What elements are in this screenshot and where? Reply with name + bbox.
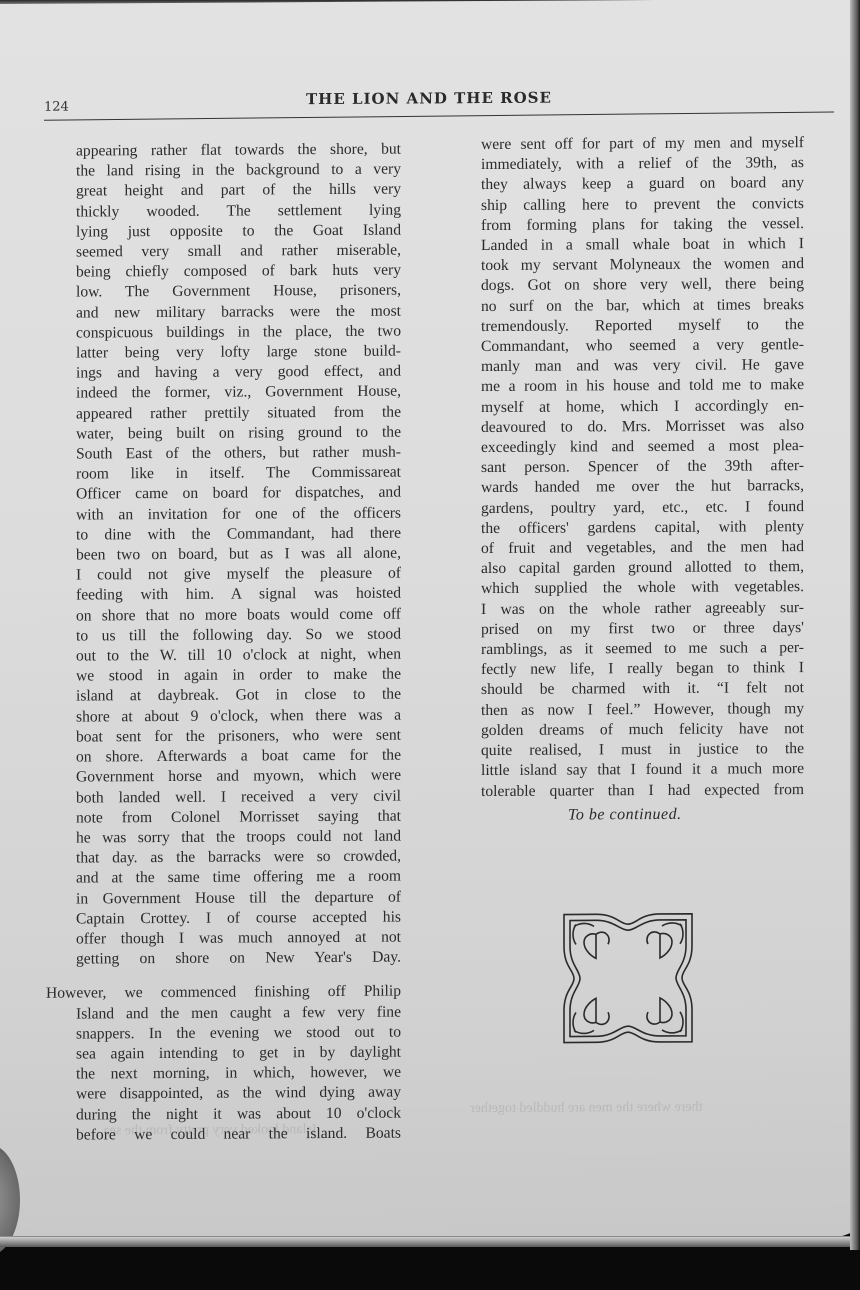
left-column-line: getting on shore on New Year's Day. xyxy=(76,948,401,970)
left-column-line: on shore. Afterwards a boat came for the xyxy=(76,746,401,768)
left-column-line: both landed well. I received a very civi… xyxy=(76,786,401,808)
right-column-line: I was on the whole rather agreeably sur- xyxy=(481,598,804,620)
book-page-edges xyxy=(0,1236,860,1247)
right-column-line: tremendously. Reported myself to the xyxy=(481,315,804,337)
right-column-line: deavoured to do. Mrs. Morrisset was also xyxy=(481,416,804,438)
left-column-line: indeed the former, viz., Government Hous… xyxy=(76,382,401,404)
left-column-line: Officer came on board for dispatches, an… xyxy=(76,483,401,505)
celtic-knot-square-ornament-icon xyxy=(560,910,696,1047)
left-column-line: and new military barracks were the most xyxy=(76,301,401,323)
left-column-p2-line: Island and the men caught a few very fin… xyxy=(76,1002,401,1024)
right-column-line: the officers' gardens capital, with plen… xyxy=(481,517,804,539)
left-column-line: the land rising in the background to a v… xyxy=(76,160,401,182)
right-column-line: prised on my first two or three days' xyxy=(481,618,804,640)
left-column-line: with an invitation for one of the office… xyxy=(76,503,401,525)
right-column-line: sant person. Spencer of the 39th after- xyxy=(481,456,804,478)
left-column-p2-line: the next morning, in which, however, we xyxy=(76,1063,401,1085)
left-column-line: feeding with him. A signal was hoisted xyxy=(76,584,401,606)
right-column-line: also capital garden ground allotted to t… xyxy=(481,557,804,579)
left-column-line: being chiefly composed of bark huts very xyxy=(76,261,401,283)
right-text-column: were sent off for part of my men and mys… xyxy=(481,133,804,802)
right-column-line: wards handed me over the hut barracks, xyxy=(481,477,804,499)
left-column-line: boat sent for the prisoners, who were se… xyxy=(76,725,401,747)
left-column-line: Government horse and myown, which were xyxy=(76,766,401,788)
left-column-line: seemed very small and rather miserable, xyxy=(76,241,401,263)
left-column-line: note from Colonel Morrisset saying that xyxy=(76,806,401,828)
right-column-line: of fruit and vegetables, and the men had xyxy=(481,537,804,559)
book-page: 124 THE LION AND THE ROSE appearing rath… xyxy=(0,0,856,1244)
book-spine-shadow xyxy=(850,0,860,1250)
left-column-line: South East of the others, but rather mus… xyxy=(76,443,401,465)
right-column-line: gardens, poultry yard, etc., etc. I foun… xyxy=(481,497,804,519)
left-column-line: water, being built on rising ground to t… xyxy=(76,422,401,444)
left-text-column: appearing rather flat towards the shore,… xyxy=(76,140,401,1146)
left-column-line: island at daybreak. Got in close to the xyxy=(76,685,401,707)
left-column-line: Captain Crottey. I of course accepted hi… xyxy=(76,907,401,929)
left-column-p2-line: sea again intending to get in by dayligh… xyxy=(76,1042,401,1064)
right-column-line: fectly new life, I really began to think… xyxy=(481,658,804,680)
left-column-line: offer though I was much annoyed at not xyxy=(76,927,401,949)
left-column-p2-line: were disappointed, as the wind dying awa… xyxy=(76,1083,401,1105)
left-column-line: thickly wooded. The settlement lying xyxy=(76,200,401,222)
right-column-line: took my servant Molyneaux the women and xyxy=(481,254,804,276)
right-column-line: exceedingly kind and seemed a most plea- xyxy=(481,436,804,458)
left-column-line: great height and part of the hills very xyxy=(76,180,401,202)
right-column-line: little island say that I found it a much… xyxy=(481,759,804,781)
left-column-line: on shore that no more boats would come o… xyxy=(76,604,401,626)
right-column-line: dogs. Got on shore very well, there bein… xyxy=(481,275,804,297)
header-rule xyxy=(44,111,834,120)
running-title: THE LION AND THE ROSE xyxy=(306,89,552,109)
left-column-line: in Government House till the departure o… xyxy=(76,887,401,909)
to-be-continued-note: To be continued. xyxy=(568,806,682,825)
left-column-line: been two on board, but as I was all alon… xyxy=(76,544,401,566)
right-column-line: quite realised, I must in justice to the xyxy=(481,739,804,761)
right-column-line: no surf on the bar, which at times break… xyxy=(481,295,804,317)
left-column-line: we stood in again in order to make the xyxy=(76,665,401,687)
right-column-line: they always keep a guard on board any xyxy=(481,173,804,195)
left-column-line: appearing rather flat towards the shore,… xyxy=(76,140,401,162)
left-column-line: ings and having a very good effect, and xyxy=(76,362,401,384)
show-through-text: there where the men are huddled together xyxy=(470,1100,702,1117)
right-column-line: Commandant, who seemed a very gentle- xyxy=(481,335,804,357)
right-column-line: manly man and was very civil. He gave xyxy=(481,355,804,377)
running-head: 124 THE LION AND THE ROSE xyxy=(44,83,834,124)
right-column-line: which supplied the whole with vegetables… xyxy=(481,578,804,600)
right-column-line: from forming plans for taking the vessel… xyxy=(481,214,804,236)
left-column-line: to dine with the Commandant, had there xyxy=(76,523,401,545)
left-column-p2-line: However, we commenced finishing off Phil… xyxy=(46,982,401,1004)
right-column-line: ramblings, as it seemed to me such a per… xyxy=(481,638,804,660)
right-column-line: myself at home, which I accordingly en- xyxy=(481,396,804,418)
right-column-line: golden dreams of much felicity have not xyxy=(481,719,804,741)
left-column-line: latter being very lofty large stone buil… xyxy=(76,342,401,364)
show-through-text: Island looked very pretty from the sea. xyxy=(100,1122,317,1139)
left-column-line: room like in itself. The Commissareat xyxy=(76,463,401,485)
left-column-line: out to the W. till 10 o'clock at night, … xyxy=(76,645,401,667)
left-column-line: he was sorry that the troops could not l… xyxy=(76,826,401,848)
left-column-line: shore at about 9 o'clock, when there was… xyxy=(76,705,401,727)
left-column-line: low. The Government House, prisoners, xyxy=(76,281,401,303)
left-column-line: and at the same time offering me a room xyxy=(76,867,401,889)
left-column-line: appeared rather prettily situated from t… xyxy=(76,402,401,424)
left-column-line: lying just opposite to the Goat Island xyxy=(76,220,401,242)
right-column-line: were sent off for part of my men and mys… xyxy=(481,133,804,155)
left-column-line: that day. as the barracks were so crowde… xyxy=(76,847,401,869)
right-column-line: Landed in a small whale boat in which I xyxy=(481,234,804,256)
left-column-line: conspicuous buildings in the place, the … xyxy=(76,321,401,343)
right-column-line: immediately, with a relief of the 39th, … xyxy=(481,153,804,175)
right-column-line: should be charmed with it. “I felt not xyxy=(481,679,804,701)
right-column-line: ship calling here to prevent the convict… xyxy=(481,194,804,216)
right-column-line: then as now I feel.” However, though my xyxy=(481,699,804,721)
left-column-line: to us till the following day. So we stoo… xyxy=(76,624,401,646)
left-column-line: I could not give myself the pleasure of xyxy=(76,564,401,586)
right-column-line: me a room in his house and told me to ma… xyxy=(481,376,804,398)
left-column-p2-line: snappers. In the evening we stood out to xyxy=(76,1022,401,1044)
right-column-line: tolerable quarter than I had expected fr… xyxy=(481,780,804,802)
page-number: 124 xyxy=(44,100,69,115)
